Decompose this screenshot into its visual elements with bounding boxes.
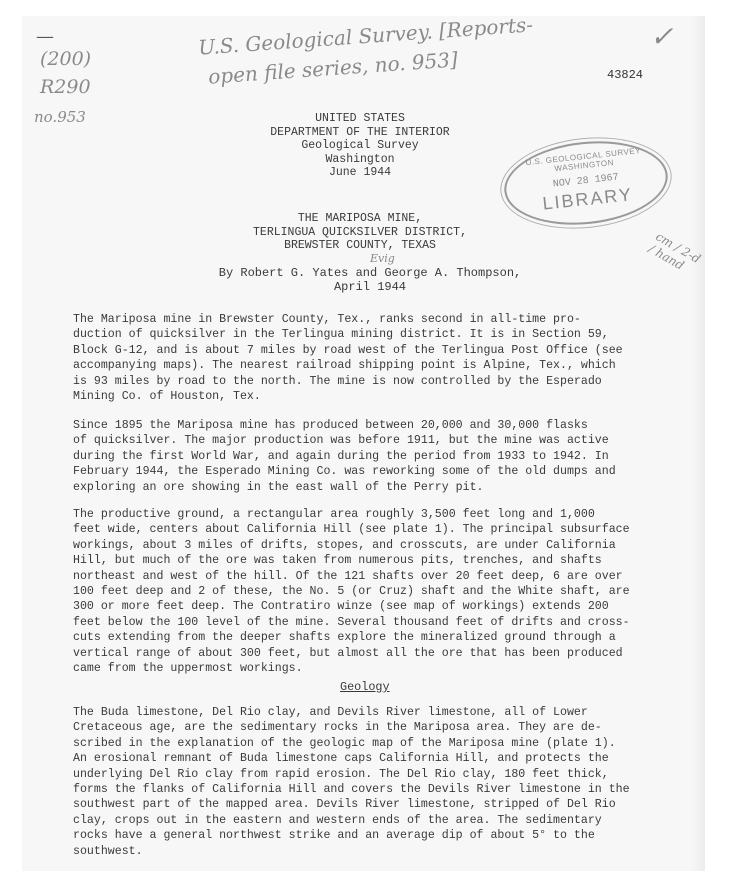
title-line-2: TERLINGUA QUICKSILVER DISTRICT, bbox=[210, 226, 510, 240]
header-line-4: Washington bbox=[230, 153, 490, 167]
header-line-5: June 1944 bbox=[230, 166, 490, 180]
handwritten-title-note: Evig bbox=[370, 252, 395, 265]
title-line-3: BREWSTER COUNTY, TEXAS bbox=[210, 239, 510, 253]
section-heading-geology: Geology bbox=[340, 680, 390, 694]
header-line-3: Geological Survey bbox=[230, 139, 490, 153]
paragraph-productive-ground: The productive ground, a rectangular are… bbox=[73, 507, 673, 676]
checkmark-icon: ✓ bbox=[650, 20, 673, 53]
header-line-2: DEPARTMENT OF THE INTERIOR bbox=[230, 126, 490, 140]
agency-header: UNITED STATES DEPARTMENT OF THE INTERIOR… bbox=[230, 112, 490, 180]
handwritten-call-number-2: R290 bbox=[40, 76, 91, 98]
handwritten-call-number-3: no.953 bbox=[34, 108, 86, 126]
paragraph-production-history: Since 1895 the Mariposa mine has produce… bbox=[73, 418, 673, 495]
paragraph-geology: The Buda limestone, Del Rio clay, and De… bbox=[73, 705, 673, 859]
byline-authors: By Robert G. Yates and George A. Thompso… bbox=[170, 266, 570, 280]
document-title: THE MARIPOSA MINE, TERLINGUA QUICKSILVER… bbox=[210, 212, 510, 253]
title-line-1: THE MARIPOSA MINE, bbox=[210, 212, 510, 226]
handwritten-call-number-1: (200) bbox=[40, 48, 91, 70]
paragraph-introduction: The Mariposa mine in Brewster County, Te… bbox=[73, 312, 673, 404]
header-line-1: UNITED STATES bbox=[230, 112, 490, 126]
handwritten-dash: — bbox=[36, 26, 54, 47]
byline-date: April 1944 bbox=[170, 280, 570, 294]
accession-number: 43824 bbox=[607, 68, 643, 82]
byline: By Robert G. Yates and George A. Thompso… bbox=[170, 266, 570, 294]
